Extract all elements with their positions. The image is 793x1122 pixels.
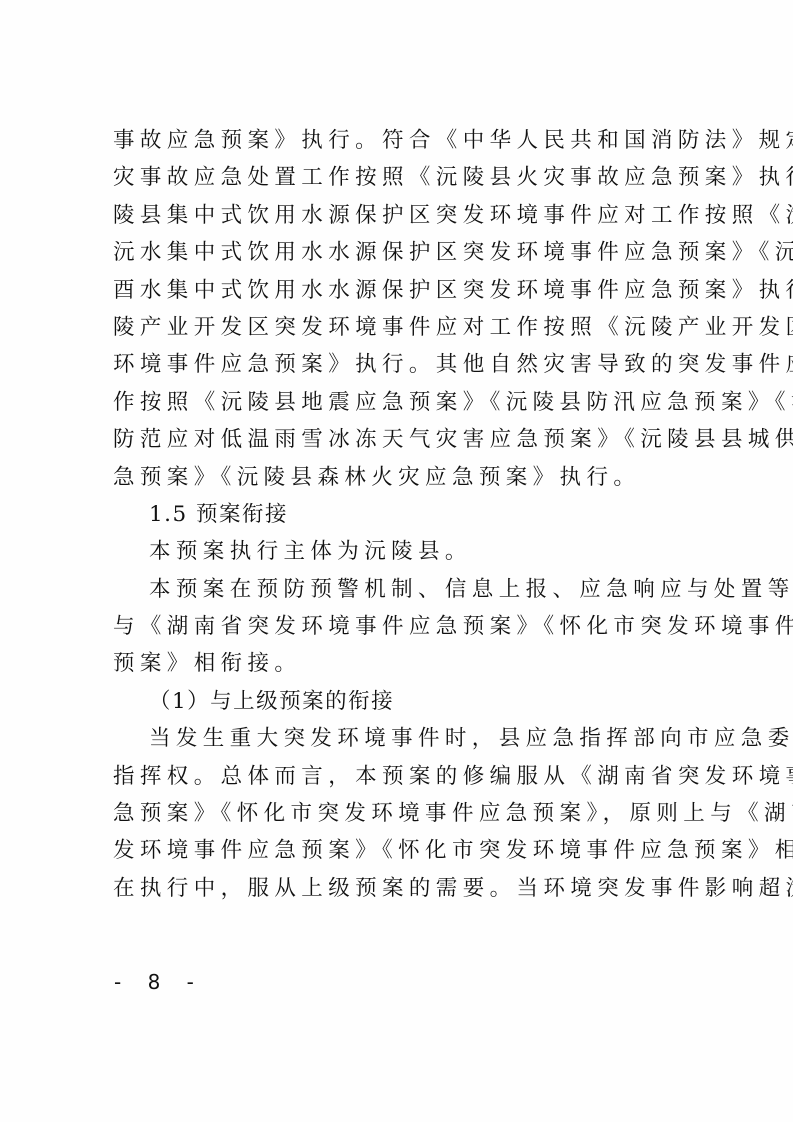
- text-line: 与《湖南省突发环境事件应急预案》《怀化市突发环境事件应急: [113, 608, 688, 645]
- section-heading-1-5: 1.5 预案衔接: [113, 496, 688, 533]
- paragraph-start: 当发生重大突发环境事件时，县应急指挥部向市应急委移交: [113, 720, 688, 757]
- text-line: 陵产业开发区突发环境事件应对工作按照《沅陵产业开发区突发: [113, 309, 688, 346]
- paragraph-start: 本预案在预防预警机制、信息上报、应急响应与处置等环节: [113, 571, 688, 608]
- text-line: 酉水集中式饮用水水源保护区突发环境事件应急预案》执行。沅: [113, 272, 688, 309]
- paragraph-start: 本预案执行主体为沅陵县。: [113, 533, 688, 570]
- text-line: 作按照《沅陵县地震应急预案》《沅陵县防汛应急预案》《沅陵县: [113, 384, 688, 421]
- text-line: 灾事故应急处置工作按照《沅陵县火灾事故应急预案》执行。沅: [113, 159, 688, 196]
- text-line: 急预案》《怀化市突发环境事件应急预案》，原则上与《湖南省突: [113, 795, 688, 832]
- text-line: 发环境事件应急预案》《怀化市突发环境事件应急预案》相衔接，: [113, 832, 688, 869]
- document-page: 事故应急预案》执行。符合《中华人民共和国消防法》规定的火 灾事故应急处置工作按照…: [0, 0, 793, 1122]
- subsection-heading-1: （1）与上级预案的衔接: [113, 683, 688, 720]
- text-line: 事故应急预案》执行。符合《中华人民共和国消防法》规定的火: [113, 122, 688, 159]
- page-number: - 8 -: [114, 970, 204, 994]
- text-line: 指挥权。总体而言，本预案的修编服从《湖南省突发环境事件应: [113, 758, 688, 795]
- text-line: 在执行中，服从上级预案的需要。当环境突发事件影响超沅陵县: [113, 870, 688, 907]
- text-line: 沅水集中式饮用水水源保护区突发环境事件应急预案》《沅陵县: [113, 234, 688, 271]
- text-line: 环境事件应急预案》执行。其他自然灾害导致的突发事件应对工: [113, 346, 688, 383]
- text-line: 防范应对低温雨雪冰冻天气灾害应急预案》《沅陵县县城供水应: [113, 421, 688, 458]
- text-line: 预案》相衔接。: [113, 645, 688, 682]
- text-line: 急预案》《沅陵县森林火灾应急预案》执行。: [113, 459, 688, 496]
- document-body: 事故应急预案》执行。符合《中华人民共和国消防法》规定的火 灾事故应急处置工作按照…: [113, 122, 688, 907]
- text-line: 陵县集中式饮用水源保护区突发环境事件应对工作按照《沅陵县: [113, 197, 688, 234]
